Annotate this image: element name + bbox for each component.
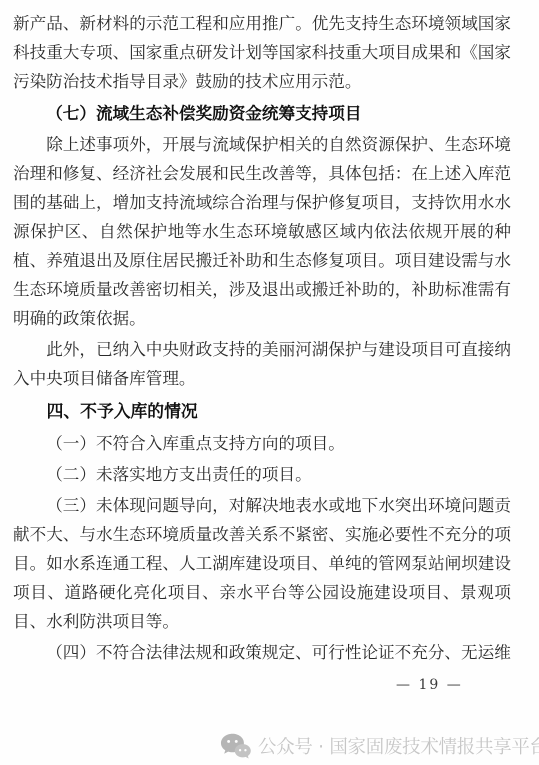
paragraph: （一）不符合入库重点支持方向的项目。 — [13, 429, 511, 458]
paragraph: （四）不符合法律法规和政策规定、可行性论证不充分、无运维 — [13, 638, 511, 667]
page-number: — 19 — — [396, 677, 463, 693]
paragraph: （二）未落实地方支出责任的项目。 — [13, 460, 511, 489]
paragraph: 此外，已纳入中央财政支持的美丽河湖保护与建设项目可直接纳入中央项目储备库管理。 — [13, 335, 511, 393]
document-page: 新产品、新材料的示范工程和应用推广。优先支持生态环境领域国家科技重大专项、国家重… — [0, 0, 539, 765]
document-body: 新产品、新材料的示范工程和应用推广。优先支持生态环境领域国家科技重大专项、国家重… — [13, 9, 511, 669]
wechat-icon — [220, 733, 251, 759]
section-heading: （七）流域生态补偿奖励资金统筹支持项目 — [13, 99, 511, 128]
paragraph: 新产品、新材料的示范工程和应用推广。优先支持生态环境领域国家科技重大专项、国家重… — [13, 9, 511, 96]
section-heading: 四、不予入库的情况 — [13, 397, 511, 426]
paragraph: 除上述事项外，开展与流域保护相关的自然资源保护、生态环境治理和修复、经济社会发展… — [13, 130, 511, 333]
watermark: 公众号 · 国家固废技术情报共享平台 — [220, 733, 539, 759]
paragraph: （三）未体现问题导向，对解决地表水或地下水突出环境问题贡献不大、与水生态环境质量… — [13, 491, 511, 636]
watermark-text: 公众号 · 国家固废技术情报共享平台 — [258, 733, 539, 759]
